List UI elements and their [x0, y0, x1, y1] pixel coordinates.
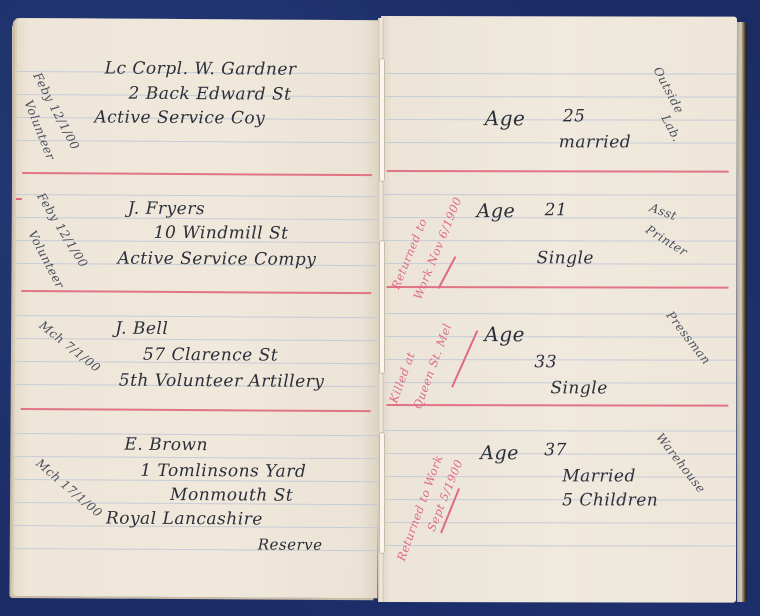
entry-3-date-note: Mch 7/1/00 [36, 318, 103, 375]
ruled-line [15, 315, 379, 318]
entry-1-occupation-line1: Outside [651, 64, 687, 115]
entry-1-name: Lc Corpl. W. Gardner [105, 59, 297, 80]
entry-3-address: 57 Clarence St [143, 345, 278, 366]
entry-3-age-label: Age [484, 322, 525, 346]
entry-separator [387, 170, 729, 173]
ruled-line [14, 456, 378, 459]
entry-1-marital: married [559, 132, 631, 152]
entry-3-red-note-line2: Queen St. Mel [410, 321, 454, 410]
open-ledger-book: Feby 12/1/00 Volunteer Lc Corpl. W. Gard… [0, 0, 760, 616]
entry-4-occupation-line1: Warehouse [653, 430, 708, 495]
entry-3-unit: 5th Volunteer Artillery [119, 371, 325, 392]
entry-2-address: 10 Windmill St [154, 223, 289, 244]
entry-1-occupation-line2: Lab. [658, 113, 684, 145]
ruled-line [380, 499, 736, 501]
ruled-line [380, 430, 736, 432]
ruled-line [381, 119, 737, 121]
entry-4-address-line2: Monmouth St [170, 485, 293, 506]
entry-2-marital: Single [537, 248, 594, 268]
ruled-line [16, 194, 380, 197]
entry-4-marital: Married [562, 466, 636, 486]
entry-3-occupation-line1: Pressman [663, 309, 713, 368]
entry-2-unit: Active Service Compy [117, 249, 316, 270]
entry-separator [22, 172, 372, 176]
ruled-line [381, 73, 737, 75]
entry-3-name: J. Bell [115, 319, 168, 339]
entry-separator [21, 408, 371, 412]
entry-separator [21, 290, 371, 294]
entry-4-address-line1: 1 Tomlinsons Yard [140, 461, 306, 482]
entry-2-age: 21 [545, 200, 568, 220]
entry-1-unit: Active Service Coy [94, 107, 265, 128]
left-page: Feby 12/1/00 Volunteer Lc Corpl. W. Gard… [13, 18, 381, 598]
entry-4-age-label: Age [480, 442, 519, 464]
entry-3-age: 33 [534, 352, 557, 372]
entry-4-name: E. Brown [124, 435, 208, 456]
entry-1-age: 25 [563, 106, 586, 126]
margin-tick [16, 198, 22, 200]
ruled-line [14, 548, 378, 551]
ruled-line [380, 313, 736, 315]
entry-4-age: 37 [544, 440, 567, 460]
ruled-line [381, 194, 737, 196]
entry-separator [386, 404, 728, 407]
binding-stitch [379, 58, 385, 182]
entry-2-age-label: Age [477, 200, 516, 222]
binding-stitch [379, 240, 385, 374]
entry-4-unit: Royal Lancashire [106, 509, 263, 530]
entry-4-unit-line2: Reserve [258, 535, 323, 553]
ruled-line [380, 545, 736, 547]
entry-1-address: 2 Back Edward St [128, 84, 291, 105]
entry-4-date-note: Mch 17/1/00 [33, 456, 105, 520]
ruled-line [381, 96, 737, 98]
entry-2-occupation-line1: Asst [648, 200, 679, 223]
entry-3-marital: Single [550, 378, 607, 398]
entry-4-children: 5 Children [562, 490, 658, 510]
right-page-stack-edge [737, 22, 747, 602]
binding-stitch [379, 432, 385, 554]
entry-1-age-label: Age [485, 106, 526, 130]
red-strike-mark [438, 256, 456, 288]
right-page: Age 25 married Outside Lab. Returned to … [380, 16, 737, 603]
entry-2-name: J. Fryers [128, 199, 205, 219]
